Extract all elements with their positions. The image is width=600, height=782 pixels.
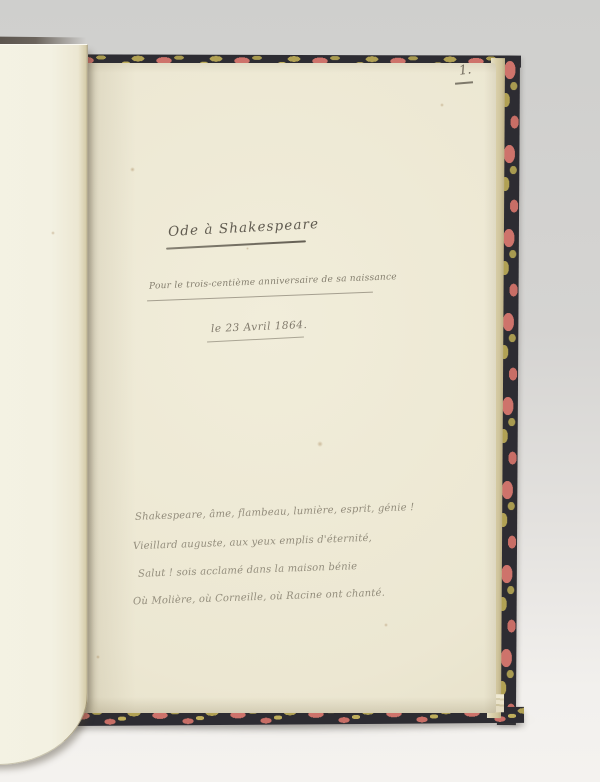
foxing-spot — [130, 167, 135, 172]
left-page — [0, 44, 88, 765]
page-number: 1. — [458, 62, 472, 78]
right-page — [84, 63, 496, 713]
photo-backdrop: 1. Ode à Shakespeare Pour le trois-centi… — [0, 0, 600, 782]
foxing-spot — [51, 231, 55, 235]
foxing-spot — [246, 247, 249, 250]
foxing-spot — [317, 441, 323, 447]
foxing-spot — [384, 623, 388, 627]
foxing-spot — [96, 655, 100, 659]
foxing-spot — [440, 103, 444, 107]
